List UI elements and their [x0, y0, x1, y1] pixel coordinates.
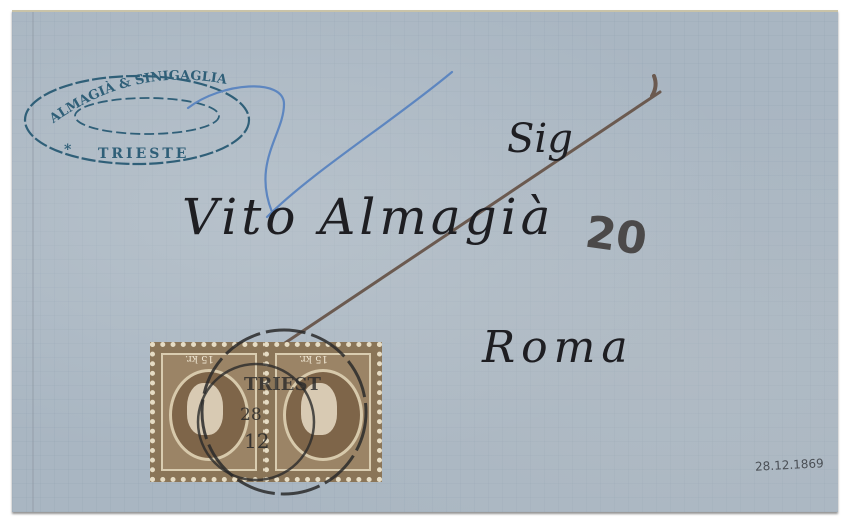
postmark-day: 28: [240, 405, 262, 425]
postal-cover: ALMAGIÀ & SINIGAGLIA TRIESTE * Sig Vito …: [12, 10, 838, 512]
postmark: TRIEST 28 12: [12, 12, 838, 512]
postmark-town: TRIEST: [244, 374, 321, 395]
postmark-month: 12: [244, 429, 269, 453]
